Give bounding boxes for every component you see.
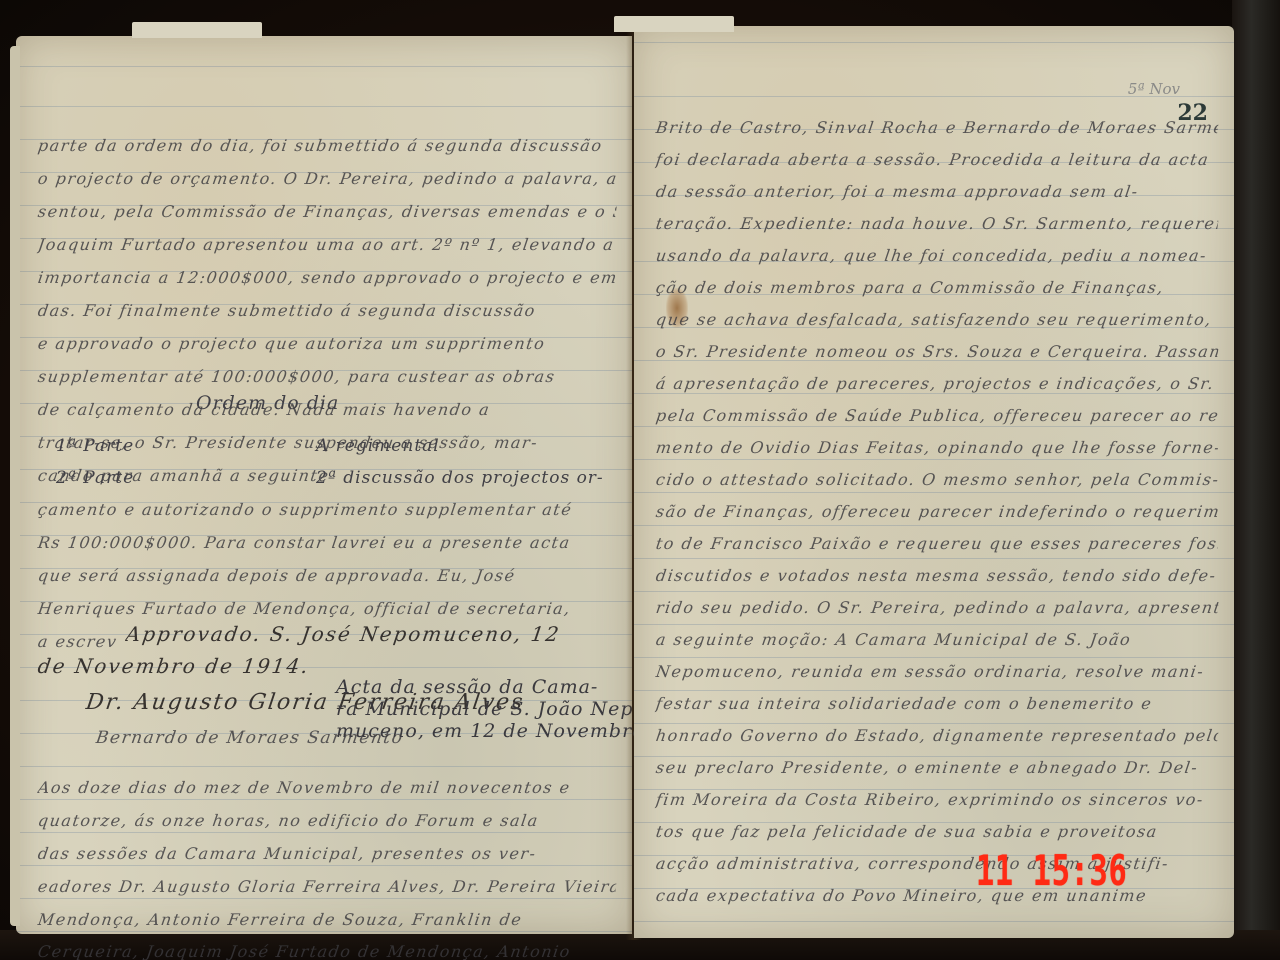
text-line: a seguinte moção: A Camara Municipal de …	[655, 630, 1220, 649]
camera-timestamp-overlay: 11 15:36	[976, 846, 1127, 895]
session-title-line: Acta da sessão da Cama-	[336, 676, 636, 698]
text-line: rido seu pedido. O Sr. Pereira, pedindo …	[655, 598, 1220, 617]
text-line: a escrevi.	[37, 632, 120, 651]
text-line: cido o attestado solicitado. O mesmo sen…	[655, 470, 1220, 489]
approval-line: Approvado. S. José Nepomuceno, 12	[124, 622, 617, 646]
left-page: parte da ordem do dia, foi submettido á …	[16, 36, 632, 934]
text-line: da sessão anterior, foi a mesma approvad…	[655, 182, 1220, 201]
text-line: importancia a 12:000$000, sendo approvad…	[37, 268, 618, 287]
page-tab-edge	[132, 22, 262, 38]
text-line: acção administrativa, correspondendo ass…	[655, 854, 1220, 873]
ordem-item-label: 2ª Parte	[56, 468, 134, 488]
text-line: quatorze, ás onze horas, no edificio do …	[37, 811, 618, 830]
text-line: parte da ordem do dia, foi submettido á …	[37, 136, 618, 155]
text-line: Nepomuceno, reunida em sessão ordinaria,…	[655, 662, 1220, 681]
text-line: usando da palavra, que lhe foi concedida…	[655, 246, 1220, 265]
text-line: que se achava desfalcada, satisfazendo s…	[655, 310, 1220, 329]
pencil-annotation: 5ª Nov	[1128, 80, 1180, 98]
text-line: e approvado o projecto que autoriza um s…	[37, 334, 618, 353]
text-line: o Sr. Presidente nomeou os Srs. Souza e …	[655, 342, 1220, 361]
text-line: que será assignada depois de approvada. …	[37, 566, 618, 585]
page-tab-edge	[614, 16, 734, 32]
text-line: teração. Expediente: nada houve. O Sr. S…	[655, 214, 1220, 233]
session-title-line: ra Municipal de S. João Nepo-	[336, 698, 636, 720]
text-line: o projecto de orçamento. O Dr. Pereira, …	[37, 169, 618, 188]
text-line: cada expectativa do Povo Mineiro, que em…	[655, 886, 1220, 905]
session-title: Acta da sessão da Cama- ra Municipal de …	[336, 676, 636, 742]
right-page: 5ª Nov 22 Brito de Castro, Sinval Rocha …	[634, 26, 1234, 938]
approval-date: de Novembro de 1914.	[36, 654, 617, 678]
text-line: são de Finanças, offereceu parecer indef…	[655, 502, 1220, 521]
text-line: das. Foi finalmente submettido á segunda…	[37, 301, 618, 320]
ordem-do-dia-heading: Ordem do dia	[196, 392, 339, 414]
text-line: sentou, pela Commissão de Finanças, dive…	[37, 202, 618, 221]
text-line: mento de Ovidio Dias Feitas, opinando qu…	[655, 438, 1220, 457]
open-ledger-book: parte da ordem do dia, foi submettido á …	[16, 26, 1246, 944]
ordem-item-text: A regimental	[316, 436, 440, 456]
text-line: festar sua inteira solidariedade com o b…	[655, 694, 1220, 713]
text-line: çamento e autorizando o supprimento supp…	[37, 500, 618, 519]
text-line: Mendonça, Antonio Ferreira de Souza, Fra…	[37, 910, 618, 929]
text-line: Joaquim Furtado apresentou uma ao art. 2…	[37, 235, 618, 254]
text-line: eadores Dr. Augusto Gloria Ferreira Alve…	[37, 877, 618, 896]
text-line: das sessões da Camara Municipal, present…	[37, 844, 618, 863]
text-line: discutidos e votados nesta mesma sessão,…	[655, 566, 1220, 585]
text-line: to de Francisco Paixão e requereu que es…	[655, 534, 1220, 553]
text-line: honrado Governo do Estado, dignamente re…	[655, 726, 1220, 745]
text-line: ção de dois membros para a Commissão de …	[655, 278, 1220, 297]
text-line: Brito de Castro, Sinval Rocha e Bernardo…	[655, 118, 1220, 137]
text-line: fim Moreira da Costa Ribeiro, exprimindo…	[655, 790, 1220, 809]
text-line: seu preclaro Presidente, o eminente e ab…	[655, 758, 1220, 777]
text-line: Aos doze dias do mez de Novembro de mil …	[37, 778, 618, 797]
text-line: Rs 100:000$000. Para constar lavrei eu a…	[37, 533, 618, 552]
text-line: pela Commissão de Saúde Publica, offerec…	[655, 406, 1220, 425]
text-line: tos que faz pela felicidade de sua sabia…	[655, 822, 1220, 841]
text-line: foi declarada aberta a sessão. Procedida…	[655, 150, 1220, 169]
ordem-item-label: 1ª Parte	[56, 436, 134, 456]
text-line: á apresentação de pareceres, projectos e…	[655, 374, 1220, 393]
text-line: Henriques Furtado de Mendonça, official …	[37, 599, 618, 618]
session-title-line: muceno, em 12 de Novembro de 1914	[336, 720, 636, 742]
text-line: Cerqueira, Joaquim José Furtado de Mendo…	[37, 942, 618, 960]
ordem-item-text: 2ª discussão dos projectos or-	[316, 468, 604, 488]
text-line: supplementar até 100:000$000, para custe…	[37, 367, 618, 386]
